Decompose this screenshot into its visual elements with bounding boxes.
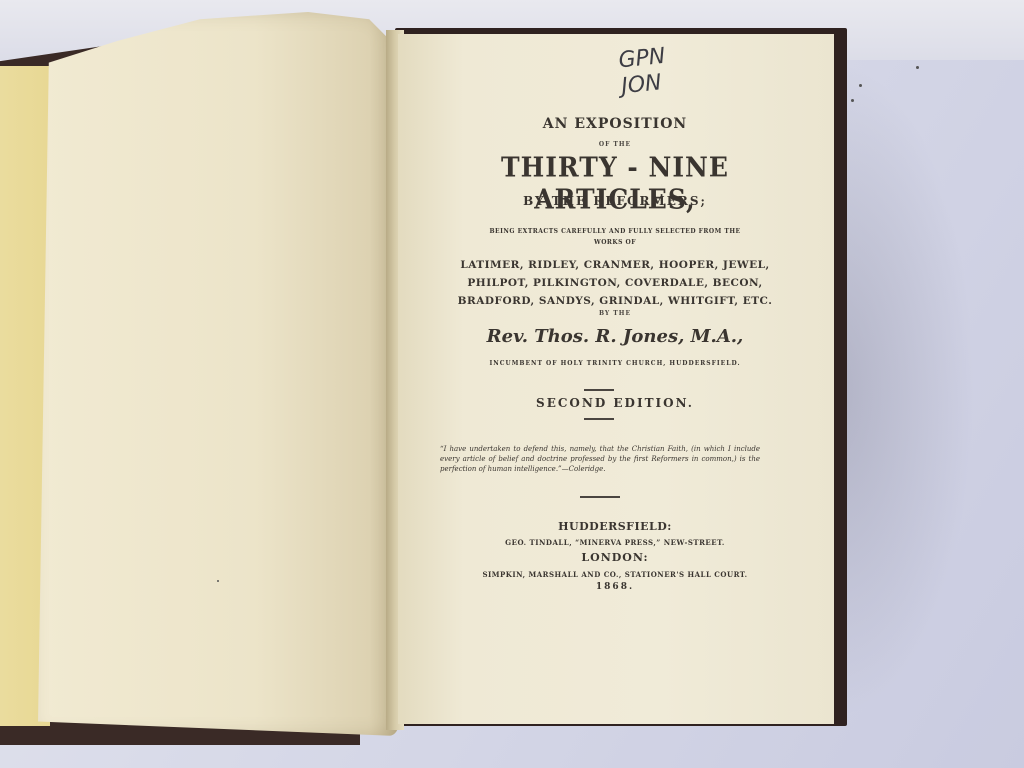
distributor-line: SIMPKIN, MARSHALL AND CO., STATIONER'S H… [420,570,810,579]
title-page [398,34,834,724]
divider-rule [584,418,614,420]
being-line: WORKS OF [420,237,810,248]
book-shadow [835,60,975,720]
of-the-line: OF THE [420,141,810,148]
printer-line: GEO. TINDALL, “MINERVA PRESS,” NEW-STREE… [420,538,810,547]
dust-speck [916,66,919,69]
handwriting-line: JON [620,70,669,101]
divider-rule [584,389,614,391]
by-the-line: BY THE [420,310,810,317]
by-reformers-line: BY THE REFORMERS; [420,194,810,208]
being-line: BEING EXTRACTS CAREFULLY AND FULLY SELEC… [420,226,810,237]
exposition-line: AN EXPOSITION [420,116,810,132]
dust-speck [859,84,862,87]
being-extracts-text: BEING EXTRACTS CAREFULLY AND FULLY SELEC… [420,226,810,248]
page-spot [217,580,219,582]
photo-scene: GPN JON AN EXPOSITION OF THE THIRTY - NI… [0,0,1024,768]
epigraph-quote: “I have undertaken to defend this, namel… [440,444,760,474]
left-page-blank [38,12,398,736]
divider-rule [580,496,620,498]
dust-speck [851,99,854,102]
names-line: BRADFORD, SANDYS, GRINDAL, WHITGIFT, ETC… [420,292,810,310]
handwritten-note: GPN JON [617,44,669,101]
edition-label: SECOND EDITION. [420,396,810,410]
author-position: INCUMBENT OF HOLY TRINITY CHURCH, HUDDER… [420,360,810,367]
publisher-city-1: HUDDERSFIELD: [420,520,810,533]
publication-year: 1868. [420,582,810,592]
author-name: Rev. Thos. R. Jones, M.A., [420,326,810,347]
names-line: PHILPOT, PILKINGTON, COVERDALE, BECON, [420,274,810,292]
names-line: LATIMER, RIDLEY, CRANMER, HOOPER, JEWEL, [420,256,810,274]
reformer-names: LATIMER, RIDLEY, CRANMER, HOOPER, JEWEL,… [420,256,810,310]
publisher-city-2: LONDON: [420,551,810,564]
